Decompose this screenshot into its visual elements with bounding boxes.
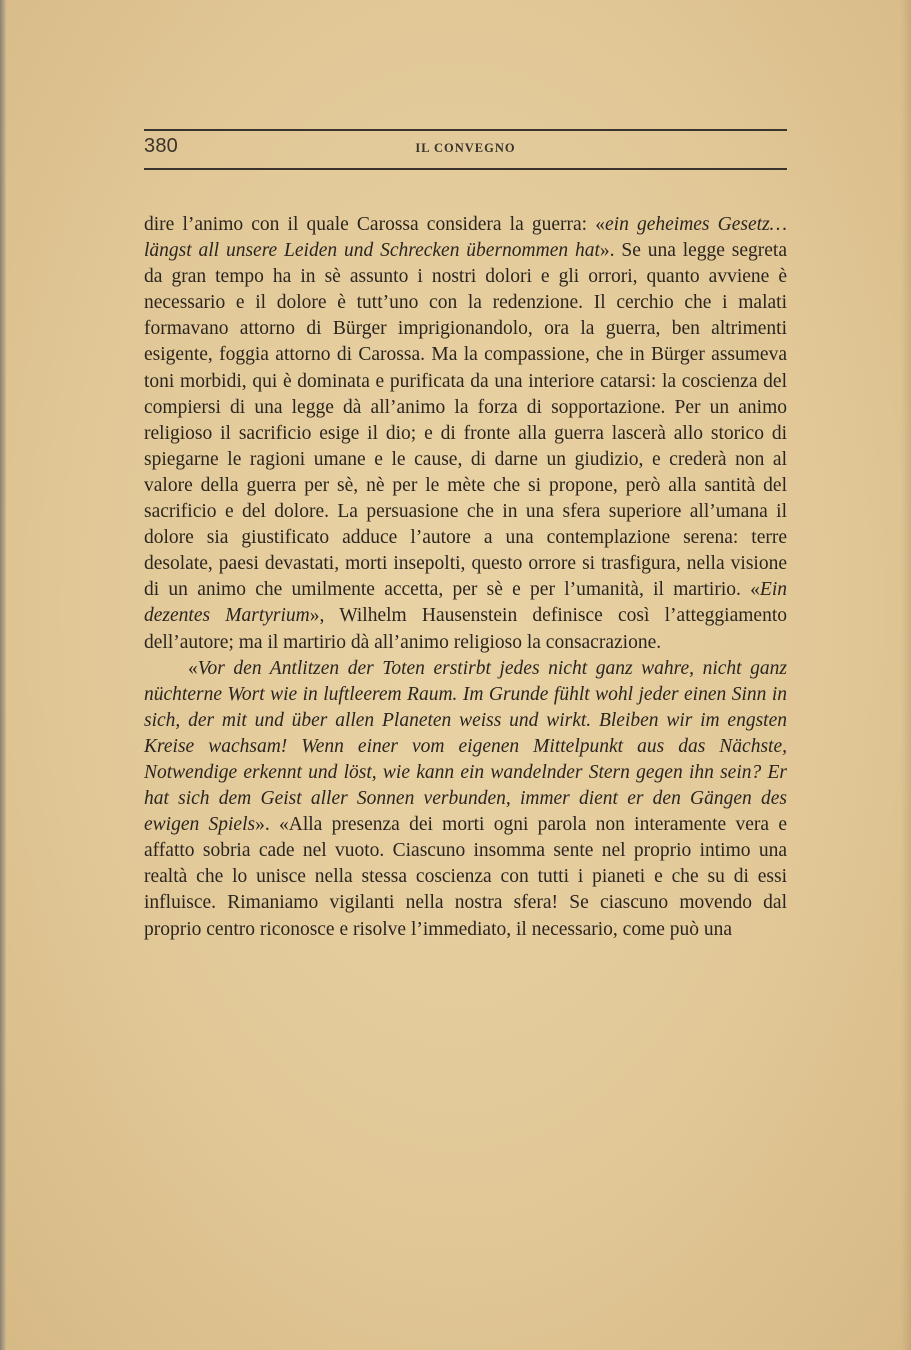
running-head: 380 IL CONVEGNO [144,135,787,163]
text-run: dire l’animo con il quale Carossa consid… [144,214,605,235]
german-quote: Vor den Antlitzen der Toten erstirbt jed… [144,658,787,836]
paragraph-1: dire l’animo con il quale Carossa consid… [144,212,787,656]
text-run: ». Se una legge segreta da gran tempo ha… [144,240,787,600]
paragraph-2: «Vor den Antlitzen der Toten erstirbt je… [144,656,787,943]
header-top-rule [144,129,787,131]
book-spine-shadow [0,0,6,1350]
header-bottom-rule [144,168,787,170]
text-run: « [188,658,198,679]
page-edge-shadow [901,0,911,1350]
body-text: dire l’animo con il quale Carossa consid… [144,212,787,943]
running-title: IL CONVEGNO [144,141,787,156]
